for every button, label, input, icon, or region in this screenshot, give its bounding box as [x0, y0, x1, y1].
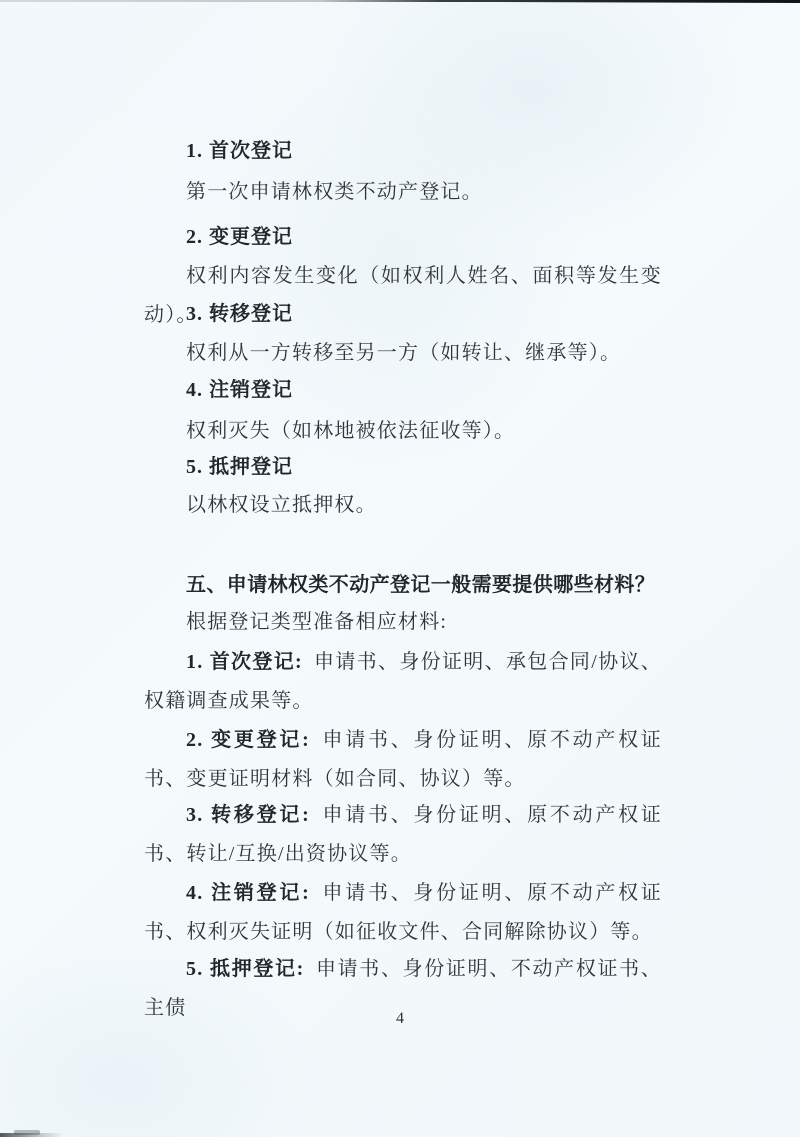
- type-title-first: 1. 首次登记: [144, 132, 662, 171]
- scan-smudge-bottom-left: [14, 1130, 40, 1135]
- section-intro: 根据登记类型准备相应材料:: [144, 603, 662, 642]
- material-item-transfer: 3. 转移登记:申请书、身份证明、原不动产权证书、转让/互换/出资协议等。: [144, 796, 662, 874]
- material-item-first: 1. 首次登记:申请书、身份证明、承包合同/协议、权籍调查成果等。: [144, 643, 662, 721]
- type-desc-cancel: 权利灭失（如林地被依法征收等）。: [144, 412, 662, 451]
- scan-edge-artifact-top-right: [500, 0, 800, 3]
- type-title-mortgage: 5. 抵押登记: [144, 448, 662, 487]
- material-label: 3. 转移登记:: [186, 804, 310, 826]
- type-desc-transfer: 权利从一方转移至另一方（如转让、继承等）。: [144, 334, 662, 373]
- type-desc-first: 第一次申请林权类不动产登记。: [144, 173, 662, 212]
- material-label: 4. 注销登记:: [186, 882, 310, 904]
- type-title-change: 2. 变更登记: [144, 218, 662, 257]
- type-title-transfer: 3. 转移登记: [144, 295, 662, 334]
- scanned-document-page: 1. 首次登记 第一次申请林权类不动产登记。 2. 变更登记 权利内容发生变化（…: [0, 0, 800, 1137]
- page-number: 4: [0, 1010, 800, 1028]
- material-label: 5. 抵押登记:: [186, 958, 305, 980]
- material-item-change: 2. 变更登记:申请书、身份证明、原不动产权证书、变更证明材料（如合同、协议）等…: [144, 721, 662, 799]
- material-label: 1. 首次登记:: [186, 651, 303, 673]
- material-label: 2. 变更登记:: [186, 729, 310, 751]
- material-item-cancel: 4. 注销登记:申请书、身份证明、原不动产权证书、权利灭失证明（如征收文件、合同…: [144, 874, 662, 952]
- type-desc-mortgage: 以林权设立抵押权。: [144, 486, 662, 525]
- type-title-cancel: 4. 注销登记: [144, 371, 662, 410]
- section-heading: 五、申请林权类不动产登记一般需要提供哪些材料？: [144, 566, 662, 605]
